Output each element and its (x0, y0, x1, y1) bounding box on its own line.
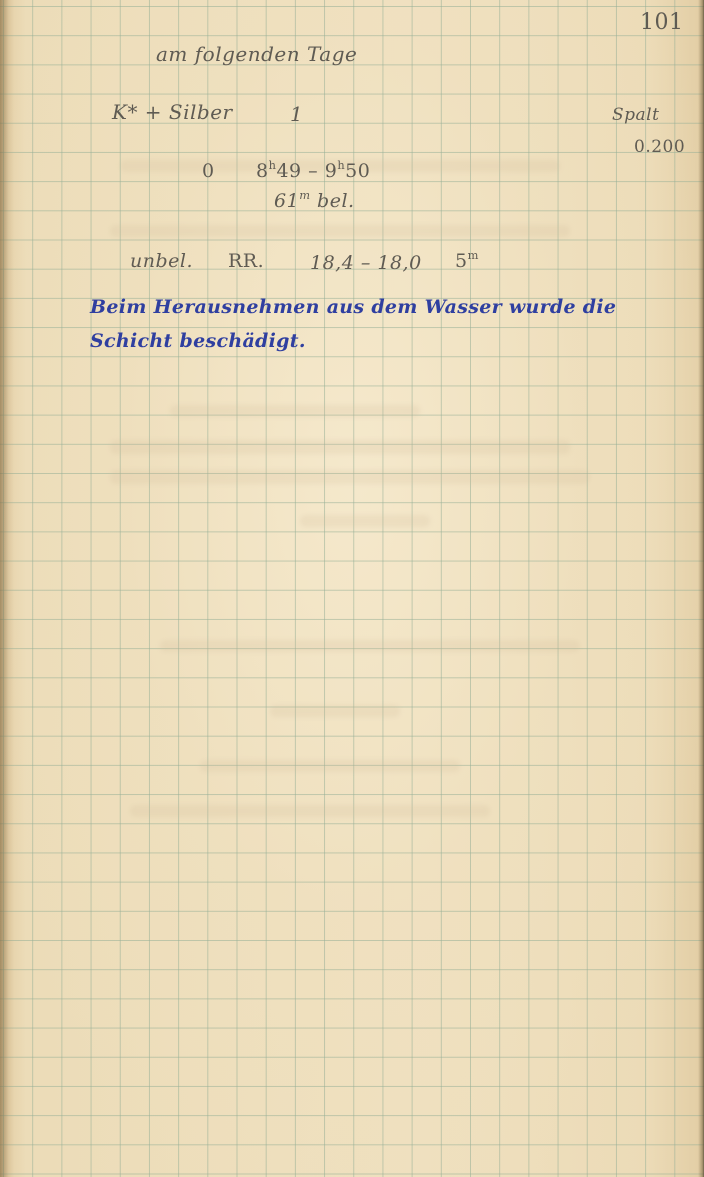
side-note-slit: Spalt (612, 105, 659, 125)
duration-suffix: bel. (317, 190, 355, 212)
start-hour: 8 (256, 160, 269, 182)
duration-unit: m (299, 188, 310, 202)
page-number: 101 (640, 10, 684, 35)
sample-number: 1 (290, 102, 303, 126)
bleed-through-mark (110, 225, 570, 237)
notebook-page: 101 am folgenden Tage K* + Silber 1 Spal… (0, 0, 704, 1177)
side-note-slit-width: 0.200 (634, 137, 685, 157)
bleed-through-mark (300, 515, 430, 527)
bleed-through-mark (110, 470, 590, 484)
bleed-through-mark (200, 760, 460, 772)
end-hour-unit: h (337, 158, 345, 172)
bleed-through-mark (110, 440, 570, 454)
reference-duration-value: 5 (455, 250, 468, 272)
remark-line-1: Beim Herausnehmen aus dem Wasser wurde d… (90, 296, 616, 318)
time-dash: – (308, 160, 318, 182)
reference-label: unbel. (130, 250, 193, 272)
bleed-through-mark (160, 640, 580, 652)
heading-note: am folgenden Tage (156, 42, 357, 66)
reference-method: RR. (228, 250, 264, 272)
duration-value: 61 (274, 190, 299, 212)
exposure-index: 0 (202, 160, 215, 182)
end-minute: 50 (345, 160, 370, 182)
reference-range: 18,4 – 18,0 (310, 252, 422, 274)
bleed-through-mark (170, 405, 420, 417)
end-hour: 9 (325, 160, 338, 182)
exposure-duration: 61m bel. (274, 188, 355, 212)
reference-duration-unit: m (468, 248, 479, 262)
bleed-through-mark (130, 805, 490, 817)
sample-label: K* + Silber (112, 100, 233, 124)
exposure-time-range: 8h49 – 9h50 (256, 158, 370, 182)
remark-line-2: Schicht beschädigt. (90, 330, 306, 352)
start-minute: 49 (276, 160, 301, 182)
reference-duration: 5m (455, 248, 479, 272)
page-edge (698, 0, 704, 1177)
bleed-through-mark (270, 705, 400, 717)
binding-shadow (0, 0, 14, 1177)
